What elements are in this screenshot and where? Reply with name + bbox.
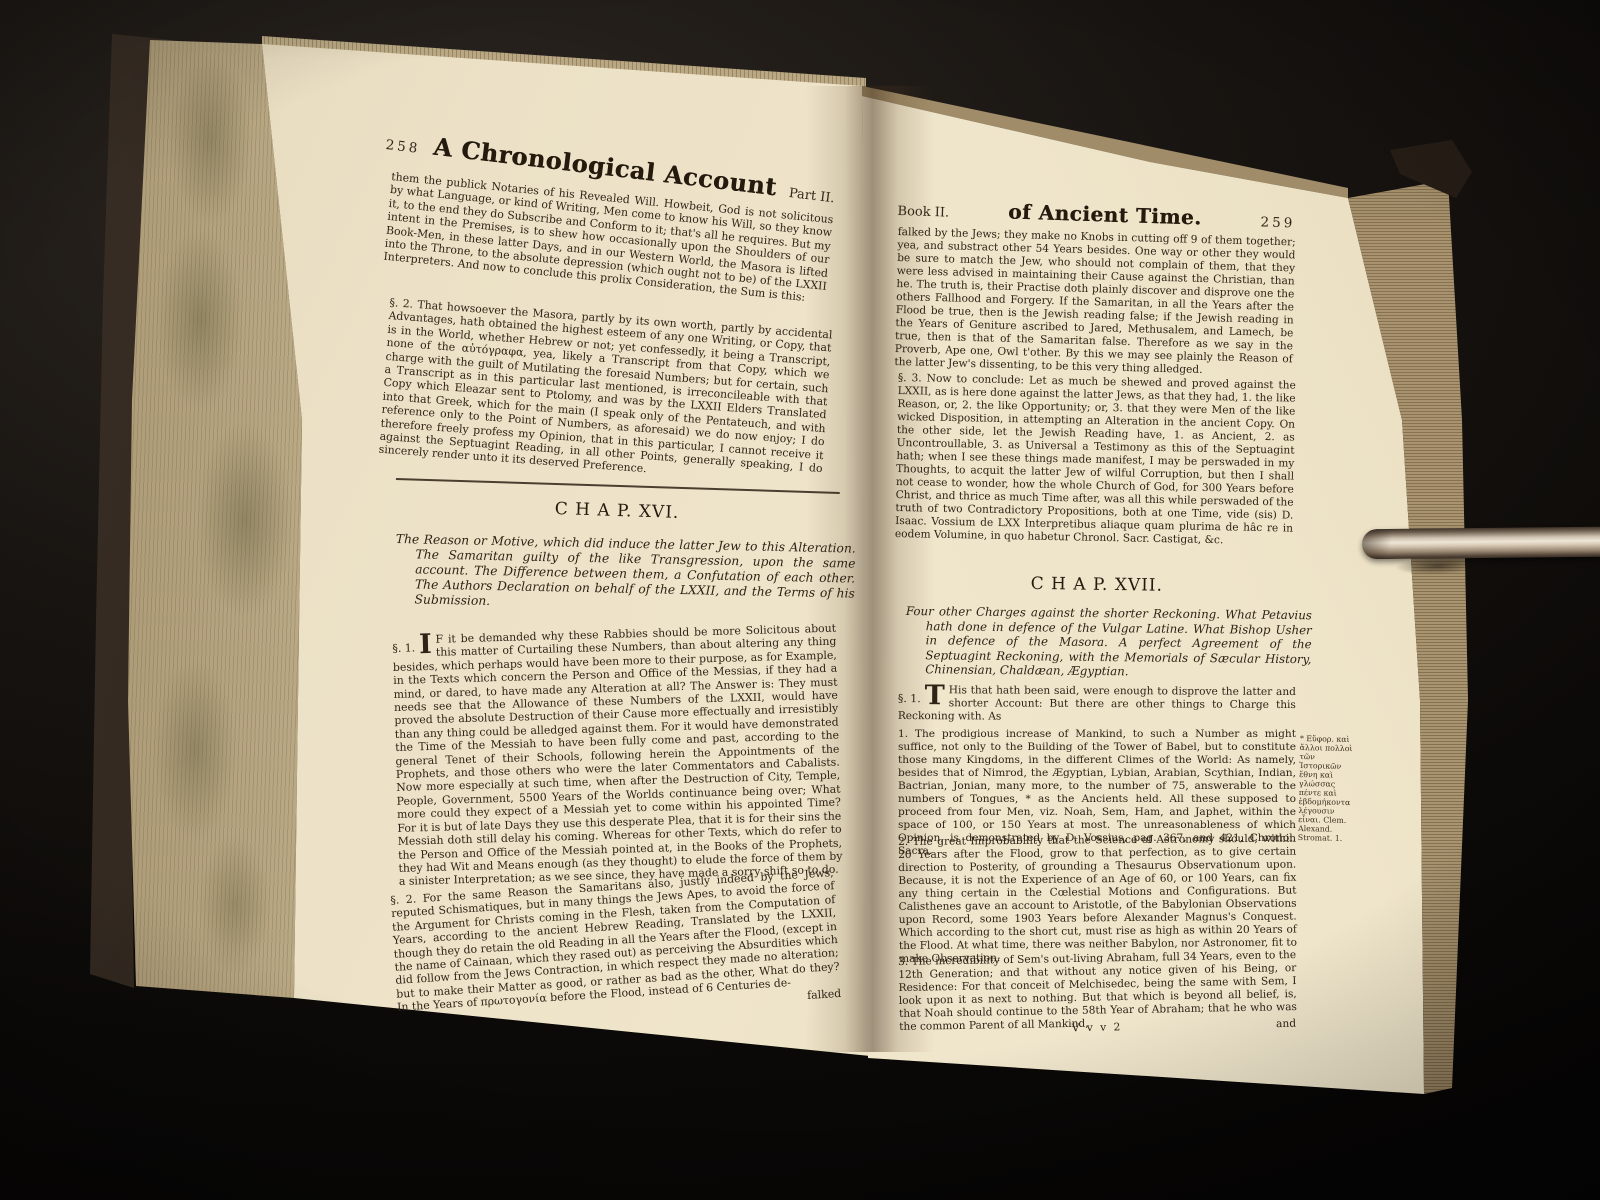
right-catchword: and [1276,1018,1296,1030]
right-page-number: 259 [1260,214,1295,231]
greek-margin-note: * Εὔφορ. καὶ ἄλλοι πολλοὶ τῶν Ἱστορικῶν … [1298,734,1358,843]
metal-page-pointer [1362,527,1600,560]
left-section-2-prev-chapter: §. 2. That howsoever the Masora, partly … [378,296,833,489]
left-part-label: Part II. [788,186,835,206]
right-book-label: Book II. [897,204,949,221]
photo-of-open-antique-book: 258 A Chronological Account Part II. the… [0,0,1600,1200]
left-drop-cap: I [419,629,433,660]
left-section-1: §. 1.IF it be demanded why these Rabbies… [392,622,843,889]
right-section-3-prev-chapter: §. 3. Now to conclude: Let as much be sh… [895,372,1296,549]
left-section-2: §. 2. For the same Reason the Samaritans… [390,866,842,1028]
chapter-xvii-argument: Four other Charges against the shorter R… [905,604,1312,681]
left-section-1-text: F it be demanded why these Rabbies shoul… [393,622,843,889]
right-section-1: §. 1.THis that hath been said, were enou… [898,684,1296,725]
right-section-1-lead: §. 1.T [898,684,945,708]
right-section-1-text: His that hath been said, were enough to … [898,684,1296,722]
left-section-1-lead: §. 1.I [392,633,432,658]
right-drop-cap: T [925,680,945,711]
right-paragraph-continuation: falked by the Jews; they make no Knobs i… [894,226,1296,379]
left-page-number: 258 [385,137,421,157]
right-point-2: 2. The great Improbability that the Scie… [898,833,1297,966]
chapter-xvi-argument: The Reason or Motive, which did induce t… [394,532,855,617]
